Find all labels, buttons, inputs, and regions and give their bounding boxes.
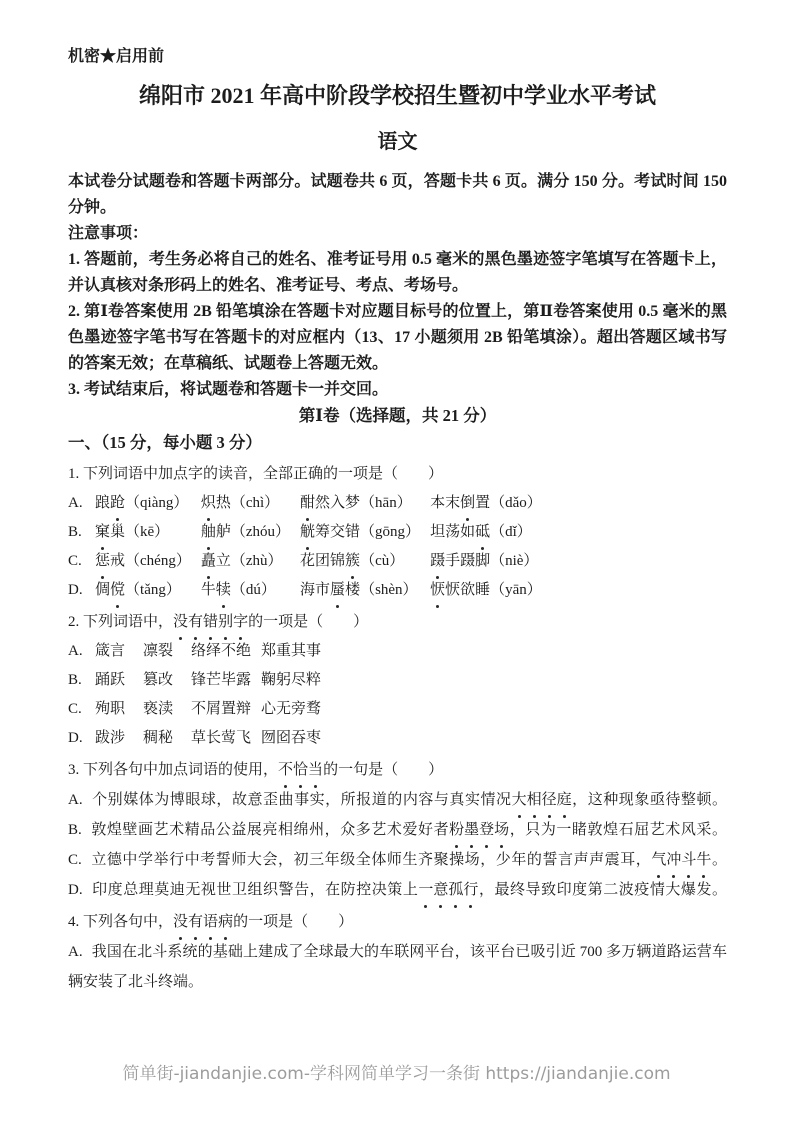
option-word: 殉职: [95, 695, 143, 724]
emphasized-char: 登: [479, 815, 494, 845]
emphasized-char: 孤: [448, 875, 463, 905]
emphasized-char: 恹: [430, 576, 445, 605]
emphasized-char: 墨: [464, 815, 479, 845]
option-text: 立德中学举行中考誓师大会，初三年级全体师生齐聚操场，少年的誓言声声震耳，气冲斗牛…: [91, 852, 727, 868]
question-3-option-b: B.敦煌壁画艺术精品公益展亮相绵州，众多艺术爱好者粉墨登场，只为一睹敦煌石屈艺术…: [68, 815, 727, 845]
emphasized-char: 傥: [110, 576, 125, 605]
option-text: 我国在北斗系统的基础上建成了全球最大的车联网平台，该平台已吸引近 700 多万辆…: [68, 944, 727, 990]
emphasized-char: 炽: [201, 489, 216, 518]
option-word: 觥筹交错（gōng）: [300, 518, 430, 547]
question-1-stem: 1. 下列词语中加点字的读音，全部正确的一项是（ ）: [68, 459, 727, 489]
option-word: 鞠躬尽粹: [261, 666, 727, 695]
option-label: A.: [68, 637, 95, 666]
option-label: C.: [68, 852, 82, 868]
emphasized-char: 舳: [201, 518, 216, 547]
option-label: B.: [68, 666, 95, 695]
option-label: B.: [68, 822, 82, 838]
question-3-option-c: C.立德中学举行中考誓师大会，初三年级全体师生齐聚操场，少年的誓言声声震耳，气冲…: [68, 845, 727, 875]
question-2-options: A. 箴言 凛裂 络绎不绝 郑重其事 B. 踊跃 篡改 锋芒毕露 鞠躬尽粹 C.…: [68, 637, 727, 753]
option-word: 花团锦簇（cù）: [300, 547, 430, 576]
note-item-1: 1. 答题前，考生务必将自己的姓名、准考证号用 0.5 毫米的黑色墨迹签字笔填写…: [68, 247, 727, 299]
emphasized-char: 没: [173, 607, 188, 637]
option-word: 不屑置辩: [191, 695, 261, 724]
emphasized-char: 粉: [449, 815, 464, 845]
option-word: 惩戒（chéng）: [95, 547, 201, 576]
option-word: 郑重其事: [261, 637, 727, 666]
option-word: 囫囵吞枣: [261, 724, 727, 753]
option-word: 舳舻（zhóu）: [201, 518, 300, 547]
option-word: 本末倒置（dǎo）: [430, 489, 727, 518]
subject-title: 语文: [68, 128, 727, 156]
question-4-stem: 4. 下列各句中，没有语病的一项是（ ）: [68, 907, 727, 937]
question-2: 2. 下列词语中，没有错别字的一项是（ ） A. 箴言 凛裂 络绎不绝 郑重其事…: [68, 607, 727, 753]
emphasized-char: 斗: [681, 845, 696, 875]
option-label: A.: [68, 489, 95, 518]
emphasized-char: 语: [203, 907, 218, 937]
question-1: 1. 下列词语中加点字的读音，全部正确的一项是（ ） A. 踉跄（qiàng） …: [68, 459, 727, 605]
option-word: 亵渎: [143, 695, 191, 724]
question-2-stem: 2. 下列词语中，没有错别字的一项是（ ）: [68, 607, 727, 637]
emphasized-char: 牛: [696, 845, 711, 875]
option-word: 窠巢（kē）: [95, 518, 201, 547]
emphasized-char: 一: [418, 875, 433, 905]
volume-1-heading: 第Ⅰ卷（选择题，共 21 分）: [68, 403, 727, 429]
option-label: C.: [68, 695, 95, 724]
question-4: 4. 下列各句中，没有语病的一项是（ ） A.我国在北斗系统的基础上建成了全球最…: [68, 907, 727, 997]
option-label: D.: [68, 882, 83, 898]
question-3-stem: 3. 下列各句中加点词语的使用，不恰当的一句是（ ）: [68, 755, 727, 785]
emphasized-char: 恰: [293, 755, 308, 785]
option-word: 络绎不绝: [191, 637, 261, 666]
emphasized-char: 字: [233, 607, 248, 637]
option-word: 篡改: [143, 666, 191, 695]
option-text: 敦煌壁画艺术精品公益展亮相绵州，众多艺术爱好者粉墨登场，只为一睹敦煌石屈艺术风采…: [91, 822, 727, 838]
emphasized-char: 意: [433, 875, 448, 905]
option-label: A.: [68, 944, 83, 960]
option-label: B.: [68, 518, 95, 547]
option-word: 蹑手蹑脚（niè）: [430, 547, 727, 576]
option-word: 心无旁骛: [261, 695, 727, 724]
option-word: 恹恹欲睡（yān）: [430, 576, 727, 605]
emphasized-char: 觥: [300, 518, 315, 547]
emphasized-char: 酣: [300, 489, 315, 518]
emphasized-char: 没: [173, 907, 188, 937]
emphasized-char: 矗: [201, 547, 216, 576]
option-word: 跋涉: [95, 724, 143, 753]
emphasized-char: 病: [218, 907, 233, 937]
emphasized-char: 当: [308, 755, 323, 785]
emphasized-char: 惩: [95, 547, 110, 576]
option-word: 酣然入梦（hān）: [300, 489, 430, 518]
emphasized-char: 倒: [460, 489, 475, 518]
question-3-option-d: D.印度总理莫迪无视世卫组织警告，在防控决策上一意孤行，最终导致印度第二波疫情大…: [68, 875, 727, 905]
exam-title: 绵阳市 2021 年高中阶段学校招生暨初中学业水平考试: [68, 81, 727, 111]
option-label: D.: [68, 576, 95, 605]
emphasized-char: 相: [527, 785, 542, 815]
emphasized-char: 气: [651, 845, 666, 875]
footer-watermark: 简单街-jiandanjie.com-学科网简单学习一条街 https://ji…: [0, 1062, 793, 1086]
option-label: D.: [68, 724, 95, 753]
emphasized-char: 径: [542, 785, 557, 815]
exam-intro: 本试卷分试题卷和答题卡两部分。试题卷共 6 页，答题卡共 6 页。满分 150 …: [68, 169, 727, 221]
emphasized-char: 大: [512, 785, 527, 815]
option-word: 箴言: [95, 637, 143, 666]
question-1-options: A. 踉跄（qiàng） 炽热（chì） 酣然入梦（hān） 本末倒置（dǎo）…: [68, 489, 727, 605]
question-3: 3. 下列各句中加点词语的使用，不恰当的一句是（ ） A.个别媒体为博眼球，故意…: [68, 755, 727, 905]
emphasized-char: 庭: [557, 785, 572, 815]
note-item-2: 2. 第Ⅰ卷答案使用 2B 铅笔填涂在答题卡对应题目标号的位置上，第Ⅱ卷答案使用…: [68, 299, 727, 377]
part-1-heading: 一、（15 分，每小题 3 分）: [68, 429, 727, 457]
emphasized-char: 窠: [95, 518, 110, 547]
question-3-option-a: A.个别媒体为博眼球，故意歪曲事实，所报道的内容与真实情况大相径庭，这种现象亟待…: [68, 785, 727, 815]
option-word: 炽热（chì）: [201, 489, 300, 518]
notes-heading: 注意事项：: [68, 221, 727, 247]
emphasized-char: 别: [218, 607, 233, 637]
option-word: 海市蜃楼（shèn）: [300, 576, 430, 605]
option-word: 草长莺飞: [191, 724, 261, 753]
option-word: 牛犊（dú）: [201, 576, 300, 605]
emphasized-char: 蹑: [430, 547, 445, 576]
emphasized-char: 簇: [345, 547, 360, 576]
emphasized-char: 有: [188, 907, 203, 937]
note-item-3: 3. 考试结束后，将试题卷和答题卡一并交回。: [68, 377, 727, 403]
emphasized-char: 砥: [475, 518, 490, 547]
option-text: 印度总理莫迪无视世卫组织警告，在防控决策上一意孤行，最终导致印度第二波疫情大爆发…: [92, 882, 727, 898]
emphasized-char: 场: [494, 815, 509, 845]
exam-page: 机密★启用前 绵阳市 2021 年高中阶段学校招生暨初中学业水平考试 语文 本试…: [0, 0, 793, 997]
emphasized-char: 蜃: [330, 576, 345, 605]
option-text: 个别媒体为博眼球，故意歪曲事实，所报道的内容与真实情况大相径庭，这种现象亟待整顿…: [92, 792, 727, 808]
emphasized-char: 错: [203, 607, 218, 637]
option-word: 矗立（zhù）: [201, 547, 300, 576]
option-word: 锋芒毕露: [191, 666, 261, 695]
emphasized-char: 不: [278, 755, 293, 785]
option-word: 踊跃: [95, 666, 143, 695]
option-word: 稠秘: [143, 724, 191, 753]
emphasized-char: 行: [463, 875, 478, 905]
emphasized-char: 有: [188, 607, 203, 637]
question-4-option-a: A.我国在北斗系统的基础上建成了全球最大的车联网平台，该平台已吸引近 700 多…: [68, 937, 727, 997]
option-label: C.: [68, 547, 95, 576]
emphasized-char: 跄: [110, 489, 125, 518]
emphasized-char: 犊: [216, 576, 231, 605]
classification-label: 机密★启用前: [68, 46, 727, 68]
emphasized-char: 冲: [666, 845, 681, 875]
option-word: 倜傥（tǎng）: [95, 576, 201, 605]
option-label: A.: [68, 792, 83, 808]
option-word: 坦荡如砥（dǐ）: [430, 518, 727, 547]
option-word: 凛裂: [143, 637, 191, 666]
option-word: 踉跄（qiàng）: [95, 489, 201, 518]
